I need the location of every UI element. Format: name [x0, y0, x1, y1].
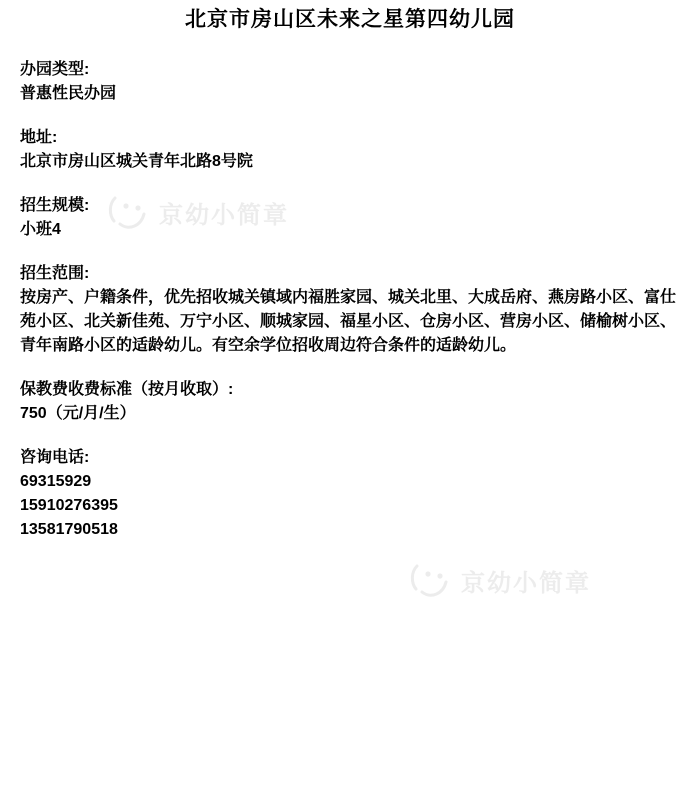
kindergarten-type-value: 普惠性民办园 [20, 82, 680, 106]
section-address: 地址: 北京市房山区城关青年北路8号院 [20, 126, 680, 174]
contact-phone-label: 咨询电话: [20, 446, 680, 470]
fee-standard-label: 保教费收费标准（按月收取）: [20, 378, 680, 402]
fee-standard-value: 750（元/月/生） [20, 402, 680, 426]
notice-content: 办园类型: 普惠性民办园 地址: 北京市房山区城关青年北路8号院 招生规模: 小… [0, 32, 700, 542]
kindergarten-type-label: 办园类型: [20, 58, 680, 82]
enrollment-range-label: 招生范围: [20, 262, 680, 286]
address-value: 北京市房山区城关青年北路8号院 [20, 150, 680, 174]
enrollment-notice-page: 北京市房山区未来之星第四幼儿园 办园类型: 普惠性民办园 地址: 北京市房山区城… [0, 0, 700, 807]
contact-phone-number: 69315929 [20, 470, 680, 494]
page-title: 北京市房山区未来之星第四幼儿园 [0, 0, 700, 32]
smiley-logo-icon [407, 561, 449, 599]
section-enrollment-range: 招生范围: 按房产、户籍条件，优先招收城关镇域内福胜家园、城关北里、大成岳府、燕… [20, 262, 680, 358]
watermark-text: 京幼小简章 [461, 563, 591, 598]
section-contact-phone: 咨询电话: 69315929 15910276395 13581790518 [20, 446, 680, 542]
enrollment-range-paragraph: 按房产、户籍条件，优先招收城关镇域内福胜家园、城关北里、大成岳府、燕房路小区、富… [20, 286, 680, 358]
section-fee-standard: 保教费收费标准（按月收取）: 750（元/月/生） [20, 378, 680, 426]
address-label: 地址: [20, 126, 680, 150]
enrollment-scale-label: 招生规模: [20, 194, 680, 218]
section-enrollment-scale: 招生规模: 小班4 [20, 194, 680, 242]
contact-phone-number: 15910276395 [20, 494, 680, 518]
enrollment-scale-value: 小班4 [20, 218, 680, 242]
section-kindergarten-type: 办园类型: 普惠性民办园 [20, 58, 680, 106]
contact-phone-number: 13581790518 [20, 518, 680, 542]
watermark: 京幼小简章 [407, 561, 591, 599]
